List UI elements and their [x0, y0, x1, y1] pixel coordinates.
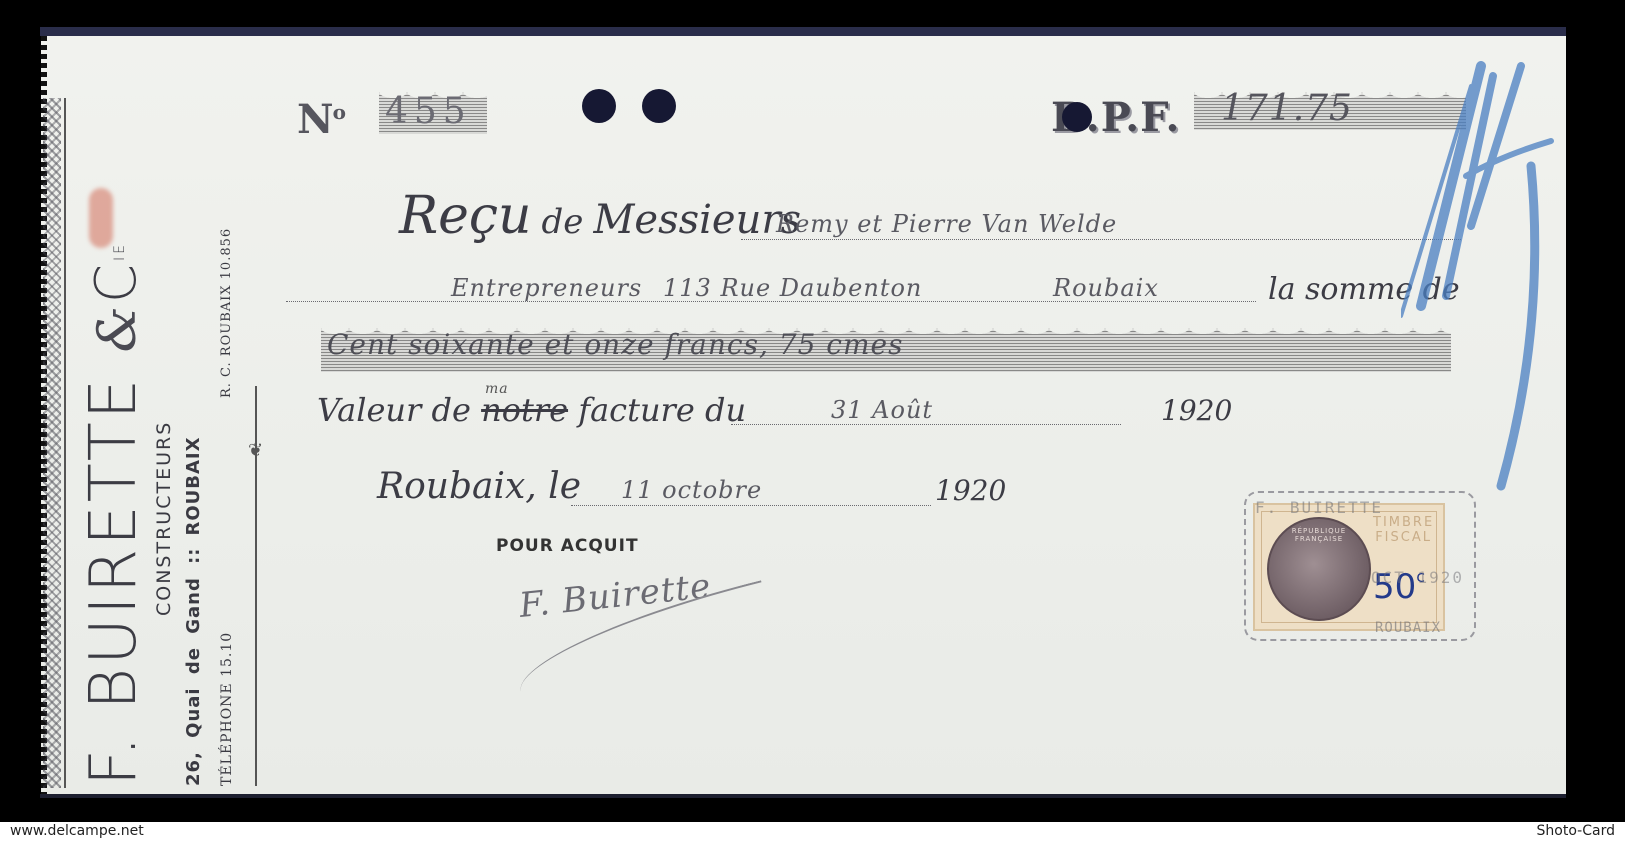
cancellation-date: OCT 1920 [1371, 568, 1464, 587]
punch-hole [1062, 102, 1092, 132]
correction-word: ma [485, 381, 509, 397]
receipt-number-value: 455 [385, 91, 472, 132]
letterhead: F. BUIRETTE &CIE CONSTRUCTEURS 26, Quai … [79, 146, 279, 786]
fiscal-stamp: RÉPUBLIQUE FRANÇAISE TIMBRE FISCAL 50c [1253, 503, 1445, 631]
paper-bottom-edge [40, 794, 1566, 798]
red-ink-mark [89, 188, 113, 248]
marianne-coin-icon: RÉPUBLIQUE FRANÇAISE [1267, 517, 1371, 621]
invoice-reference-line: Valeur de notre ma facture du [317, 391, 746, 429]
company-name: F. BUIRETTE &CIE [79, 242, 153, 786]
ornamental-border [43, 98, 61, 788]
issue-date-line [571, 505, 931, 506]
company-telephone: TÉLÉPHONE 15.10 [219, 632, 235, 786]
payer-name-line [741, 239, 1461, 240]
invoice-date: 31 Août [831, 396, 933, 424]
letterhead-divider [255, 596, 257, 786]
letterhead-divider [255, 386, 257, 596]
receipt-number-label: No [297, 96, 345, 143]
issue-date: 11 octobre [621, 476, 762, 504]
ampersand: & [88, 303, 148, 352]
payer-street: 113 Rue Daubenton [663, 274, 922, 302]
issue-year: 1920 [935, 474, 1006, 507]
blue-crayon-mark-icon [1401, 46, 1566, 496]
payer-city: Roubaix [1053, 274, 1159, 302]
bpf-amount-value: 171.75 [1221, 88, 1353, 129]
place-label: Roubaix, le [377, 466, 581, 507]
payer-name: Remy et Pierre Van Welde [776, 210, 1117, 238]
footer-source-link[interactable]: www.delcampe.net [10, 823, 144, 839]
received-from-line: ReçudeMessieurs [399, 186, 801, 246]
paper-top-edge [40, 27, 1566, 36]
amount-words-value: Cent soixante et onze francs, 75 cmes [327, 328, 903, 361]
flourish-icon: ❦ [248, 440, 263, 461]
company-activity: CONSTRUCTEURS [153, 421, 175, 616]
cancellation-city: ROUBAIX [1375, 620, 1441, 636]
border-rule [64, 98, 66, 788]
receipt-document: F. BUIRETTE &CIE CONSTRUCTEURS 26, Quai … [41, 36, 1566, 794]
footer-bar: www.delcampe.net Shoto-Card [0, 822, 1625, 843]
invoice-date-line [731, 424, 1121, 425]
cancellation-name: F. BUIRETTE [1255, 498, 1383, 517]
footer-seller: Shoto-Card [1537, 823, 1615, 839]
company-registry: R. C. ROUBAIX 10.856 [219, 228, 234, 398]
invoice-year: 1920 [1161, 394, 1232, 427]
punch-hole [642, 89, 676, 123]
punch-hole [582, 89, 616, 123]
stamp-title: TIMBRE FISCAL [1373, 515, 1434, 545]
payer-occupation: Entrepreneurs [451, 274, 642, 302]
company-address: 26, Quai de Gand ::ROUBAIX [183, 436, 204, 786]
acquittal-label: POUR ACQUIT [496, 536, 639, 556]
